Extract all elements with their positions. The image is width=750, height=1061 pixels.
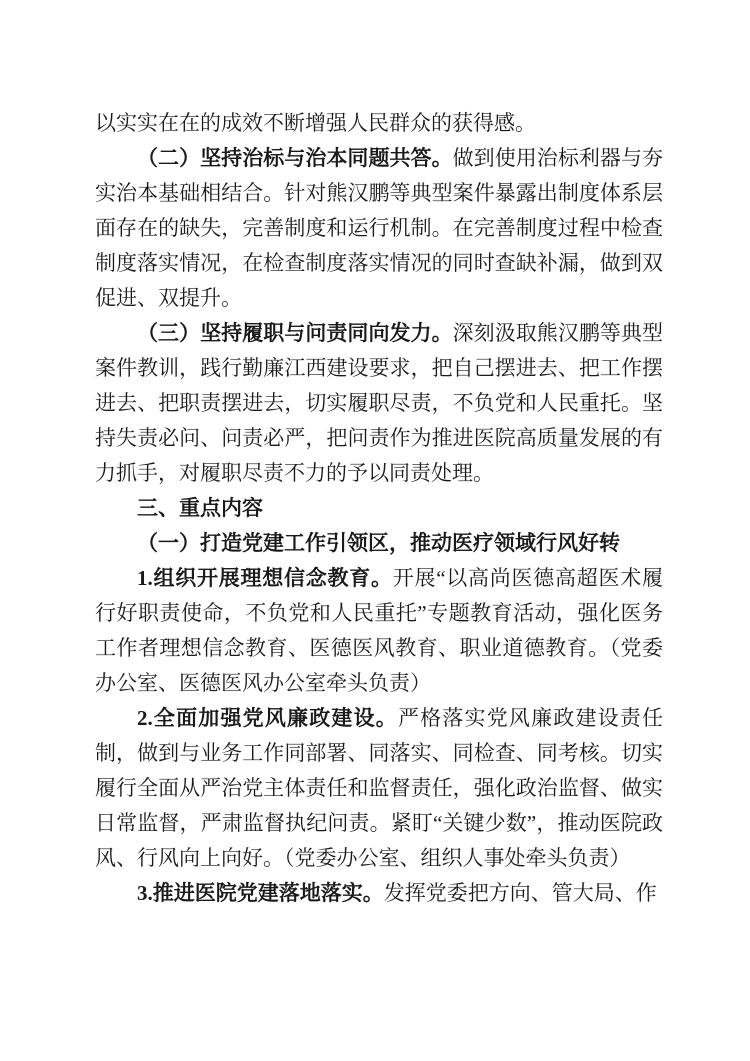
document-page: 以实实在在的成效不断增强人民群众的获得感。 （二）坚持治标与治本同题共答。做到使… <box>0 0 750 1061</box>
paragraph-lead: 2.全面加强党风廉政建设。 <box>137 706 398 730</box>
paragraph-item-1: 1.组织开展理想信念教育。开展“以高尚医德高超医术履行好职责使命，不负党和人民重… <box>95 561 663 701</box>
paragraph-lead: 3.推进医院党建落地落实。 <box>137 881 384 905</box>
paragraph-point-2: （二）坚持治标与治本同题共答。做到使用治标利器与夯实治本基础相结合。针对熊汉鹏等… <box>95 141 663 316</box>
paragraph-body: 以实实在在的成效不断增强人民群众的获得感。 <box>95 111 536 135</box>
paragraph-body: 严格落实党风廉政建设责任制，做到与业务工作同部署、同落实、同检查、同考核。切实履… <box>95 706 663 870</box>
paragraph-lead: 1.组织开展理想信念教育。 <box>137 566 393 590</box>
document-content: 以实实在在的成效不断增强人民群众的获得感。 （二）坚持治标与治本同题共答。做到使… <box>95 106 663 911</box>
paragraph-item-3: 3.推进医院党建落地落实。发挥党委把方向、管大局、作 <box>95 876 663 911</box>
paragraph-body: 发挥党委把方向、管大局、作 <box>384 881 657 905</box>
paragraph-item-2: 2.全面加强党风廉政建设。严格落实党风廉政建设责任制，做到与业务工作同部署、同落… <box>95 701 663 876</box>
paragraph-body: 做到使用治标利器与夯实治本基础相结合。针对熊汉鹏等典型案件暴露出制度体系层面存在… <box>95 146 663 310</box>
subsection-heading: （一）打造党建工作引领区，推动医疗领域行风好转 <box>95 526 663 561</box>
paragraph-point-3: （三）坚持履职与问责同向发力。深刻汲取熊汉鹏等典型案件教训，践行勤廉江西建设要求… <box>95 316 663 491</box>
paragraph-body: 深刻汲取熊汉鹏等典型案件教训，践行勤廉江西建设要求，把自己摆进去、把工作摆进去、… <box>95 321 663 485</box>
paragraph-lead: （二）坚持治标与治本同题共答。 <box>137 146 453 170</box>
section-heading: 三、重点内容 <box>95 491 663 526</box>
paragraph-lead: （三）坚持履职与问责同向发力。 <box>137 321 453 345</box>
paragraph-continuation: 以实实在在的成效不断增强人民群众的获得感。 <box>95 106 663 141</box>
